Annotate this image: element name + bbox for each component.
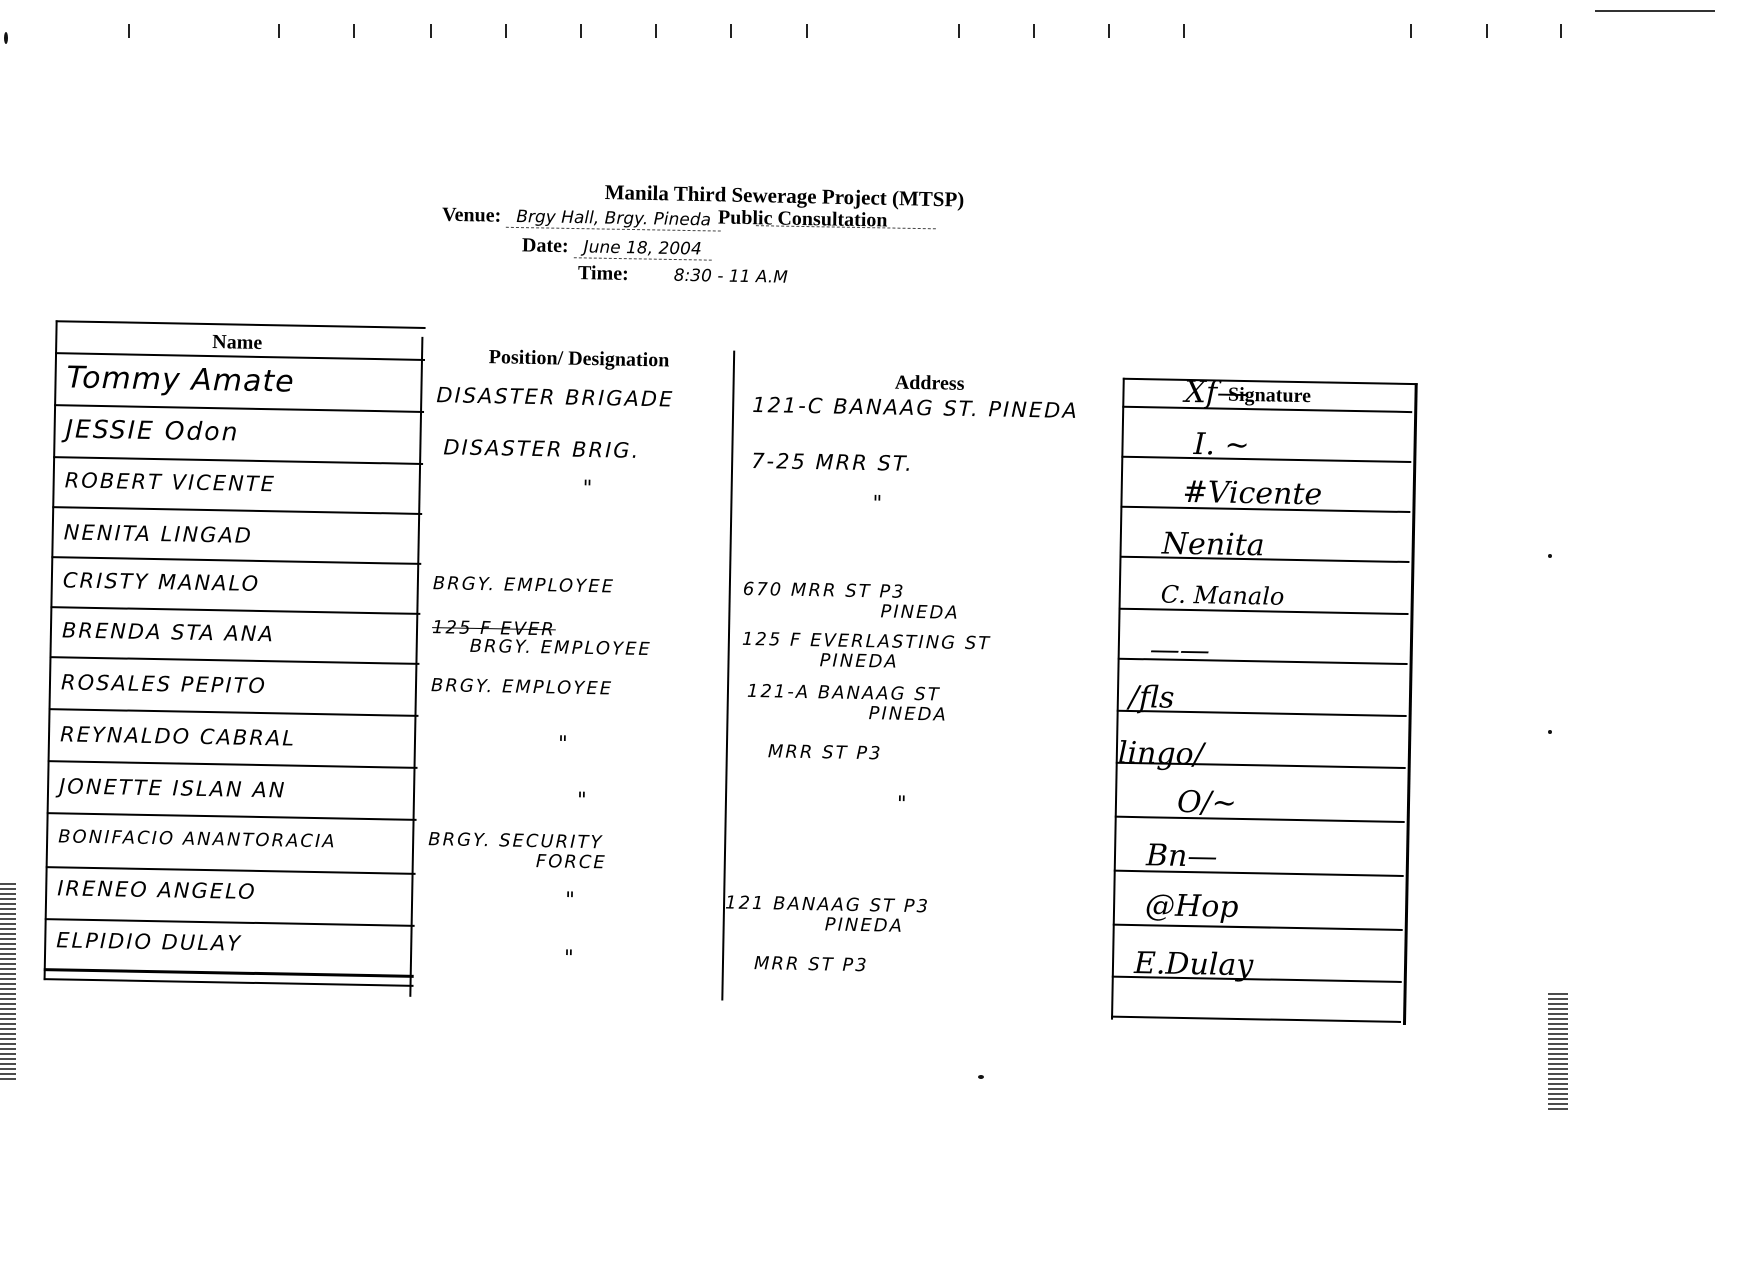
- row-4-name: NENITA LINGAD: [64, 520, 254, 547]
- scan-tick: [655, 24, 657, 38]
- row-2-address: 7-25 MRR ST.: [751, 449, 914, 476]
- row-6-signature: ——: [1149, 632, 1210, 668]
- row-12-position: ": [564, 946, 576, 970]
- scan-tick: [353, 24, 355, 38]
- scan-tick: [1033, 24, 1035, 38]
- row-7-position: BRGY. EMPLOYEE: [431, 675, 613, 699]
- scan-tick: [278, 24, 280, 38]
- row-10-signature: Bn—: [1146, 838, 1218, 874]
- scan-tick: [730, 24, 732, 38]
- venue-dashes: [756, 225, 936, 229]
- row-8-position: ": [558, 731, 570, 755]
- row-8-name: REYNALDO CABRAL: [60, 722, 296, 750]
- scan-tick: [430, 24, 432, 38]
- time-value: 8:30 - 11 A.M: [664, 266, 799, 288]
- venue-value: Brgy Hall, Brgy. Pineda: [506, 207, 721, 232]
- row-1-signature: Xf—: [1184, 375, 1247, 411]
- row-6-name: BRENDA STA ANA: [62, 618, 275, 646]
- row-3-position: ": [582, 476, 594, 500]
- scan-tick: [580, 24, 582, 38]
- row-10-position: BRGY. SECURITY: [428, 829, 604, 853]
- row-1-position: DISASTER BRIGADE: [436, 383, 674, 411]
- scan-tick: [1108, 24, 1110, 38]
- scan-tick: [505, 24, 507, 38]
- row-11-signature: @Hop: [1145, 888, 1239, 925]
- row-5-address: 670 MRR ST P3: [743, 579, 906, 603]
- date-row: Date: June 18, 2004: [522, 234, 712, 260]
- row-3-signature: #Vicente: [1182, 475, 1322, 513]
- row-8-address: MRR ST P3: [768, 741, 883, 764]
- row-6-address-sub: PINEDA: [819, 650, 899, 672]
- venue-label: Venue:: [442, 204, 502, 227]
- row-4-signature: Nenita: [1161, 526, 1264, 563]
- row-3-address: ": [872, 491, 884, 515]
- row-2-position: DISASTER BRIG.: [443, 435, 640, 463]
- row-5-position: BRGY. EMPLOYEE: [433, 573, 615, 597]
- row-7-address-sub: PINEDA: [868, 703, 948, 725]
- row-9-address: ": [897, 792, 909, 816]
- row-9-signature: O/~: [1177, 785, 1237, 821]
- date-label: Date:: [522, 234, 569, 257]
- row-7-signature: /fls: [1129, 680, 1175, 716]
- scan-tick: [1486, 24, 1488, 38]
- scan-tick: [958, 24, 960, 38]
- row-12-signature: E.Dulay: [1134, 946, 1254, 983]
- scan-speck: [4, 32, 8, 44]
- scan-noise: [0, 880, 16, 1080]
- row-2-name: JESSIE Odon: [65, 414, 239, 446]
- row-3-name: ROBERT VICENTE: [65, 468, 277, 496]
- scan-tick: [1560, 24, 1562, 38]
- row-11-name: IRENEO ANGELO: [57, 876, 257, 904]
- row-5-address-sub: PINEDA: [880, 601, 960, 623]
- scan-edge-marks: [0, 20, 1755, 50]
- time-label: Time:: [578, 262, 629, 285]
- row-9-position: ": [577, 788, 589, 812]
- scan-tick: [1410, 24, 1412, 38]
- time-row: Time: 8:30 - 11 A.M: [578, 262, 798, 289]
- row-6-position-sub: BRGY. EMPLOYEE: [470, 636, 652, 660]
- row-11-address-sub: PINEDA: [825, 914, 905, 936]
- row-5-name: CRISTY MANALO: [63, 568, 261, 596]
- scan-tick: [1183, 24, 1185, 38]
- scan-line: [1595, 10, 1715, 12]
- row-10-position-sub: FORCE: [536, 851, 607, 873]
- date-value: June 18, 2004: [573, 237, 711, 260]
- row-12-name: ELPIDIO DULAY: [56, 928, 242, 955]
- row-7-address: 121-A BANAAG ST: [747, 681, 941, 706]
- attendance-table: Name Position/ Designation Address Signa…: [31, 356, 1575, 1144]
- row-11-position: ": [565, 888, 577, 912]
- header-position: Position/ Designation: [423, 345, 735, 374]
- row-7-name: ROSALES PEPITO: [61, 670, 267, 698]
- row-1-name: Tommy Amate: [66, 360, 295, 399]
- row-5-signature: C. Manalo: [1161, 580, 1285, 610]
- scan-tick: [806, 24, 808, 38]
- scan-tick: [128, 24, 130, 38]
- row-9-name: JONETTE ISLAN AN: [59, 774, 287, 802]
- row-2-signature: I. ~: [1193, 427, 1250, 463]
- row-12-address: MRR ST P3: [754, 953, 869, 976]
- row-8-signature: lingo/: [1118, 736, 1205, 773]
